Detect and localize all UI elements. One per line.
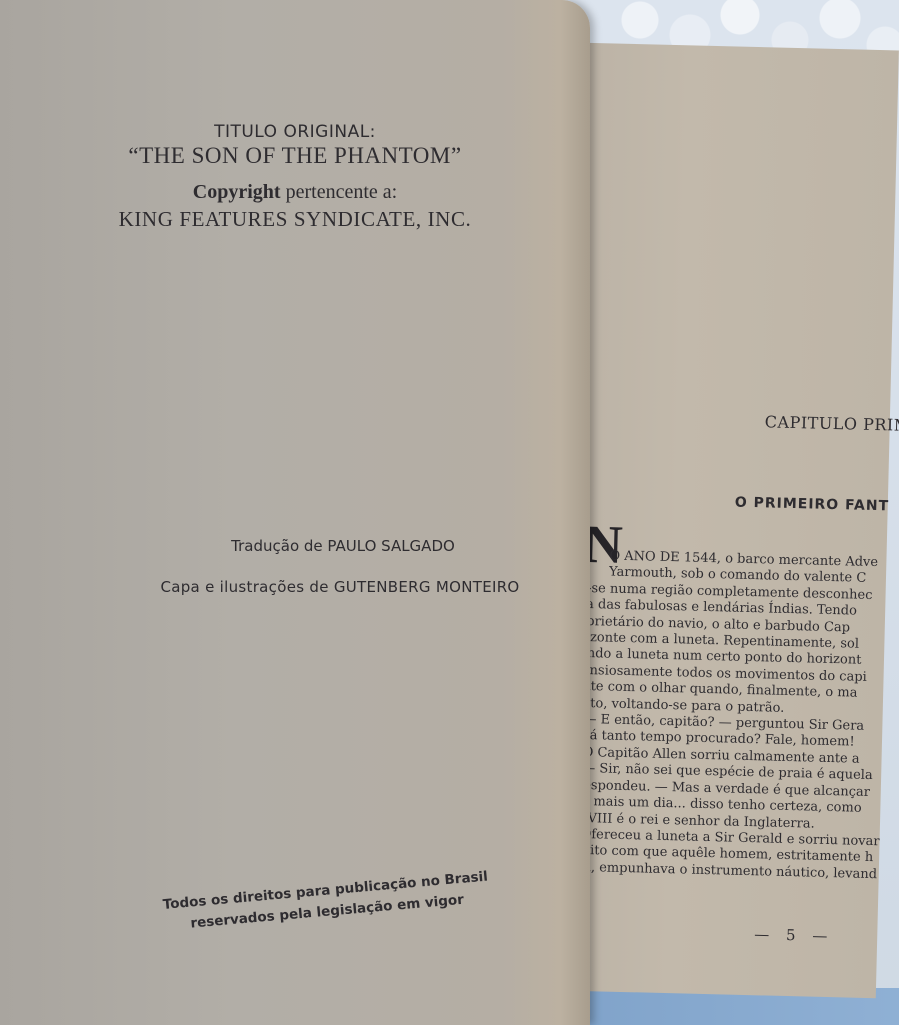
chapter-heading: CAPITULO PRIM: [765, 412, 899, 435]
left-page: TITULO ORIGINAL: “THE SON OF THE PHANTOM…: [0, 0, 590, 1025]
page-number: — 5 —: [754, 925, 834, 945]
chapter-body: O ANO DE 1544, o barco mercante AdveYarm…: [558, 547, 887, 883]
copyright-rest: pertencente a:: [281, 181, 398, 203]
copyright-line: Copyright pertencente a:: [0, 181, 590, 204]
illustration-credit: Capa e ilustrações de GUTENBERG MONTEIRO: [0, 578, 680, 596]
original-title: “THE SON OF THE PHANTOM”: [0, 143, 590, 169]
chapter-title: O PRIMEIRO FANT: [735, 495, 890, 515]
translation-credit: Tradução de PAULO SALGADO: [0, 537, 686, 555]
original-title-label: TITULO ORIGINAL:: [0, 122, 590, 142]
rights-holder: KING FEATURES SYNDICATE, INC.: [0, 207, 590, 232]
copyright-bold: Copyright: [193, 181, 281, 203]
rights-notice: Todos os direitos para publicação no Bra…: [162, 867, 491, 937]
